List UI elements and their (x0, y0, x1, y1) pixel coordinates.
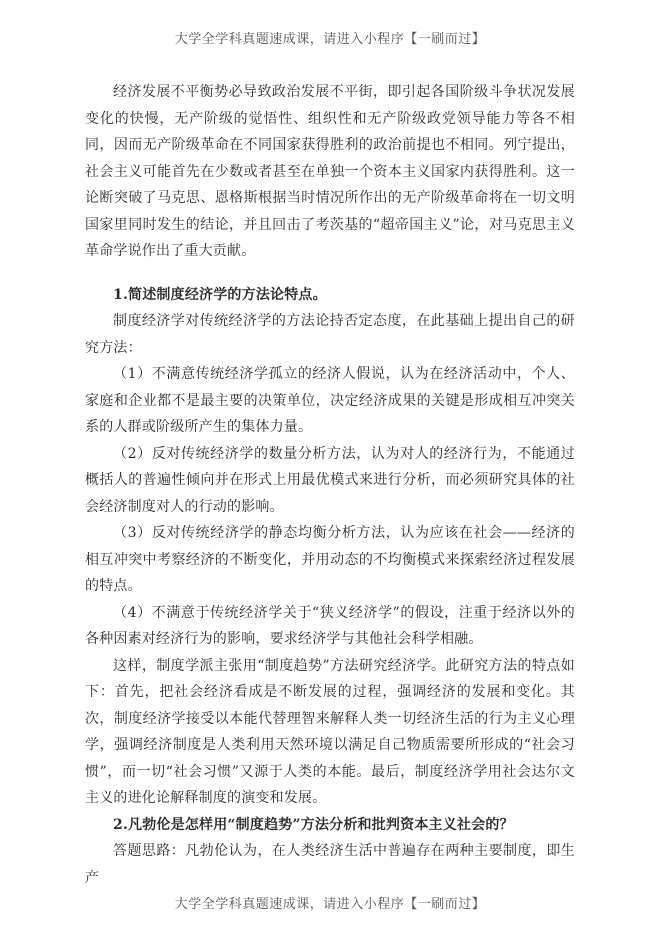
question-1-heading: 1.简述制度经济学的方法论特点。 (85, 282, 575, 309)
paragraph-lenin-theory: 经济发展不平衡势必导致政治发展不平街，即引起各国阶级斗争状况发展变化的快慢，无产… (85, 79, 575, 265)
paragraph-answer-idea: 答题思路：凡勃伦认为，在人类经济生活中普遍存在两种主要制度，即生产 (85, 838, 575, 891)
paragraph-point-4: （4）不满意于传统经济学关于“狭义经济学”的假设，注重于经济以外的各种因素对经济… (85, 600, 575, 653)
paragraph-point-1: （1）不满意传统经济学孤立的经济人假说，认为在经济活动中，个人、家庭和企业都不是… (85, 361, 575, 441)
paragraph-intro-methods: 制度经济学对传统经济学的方法论持否定态度，在此基础上提出自己的研究方法： (85, 308, 575, 361)
header-promo-note: 大学全学科真题速成课，请进入小程序【一刷而过】 (0, 28, 660, 47)
paragraph-point-2: （2）反对传统经济学的数量分析方法，认为对人的经济行为，不能通过概括人的普遍性倾… (85, 441, 575, 521)
paragraph-point-3: （3）反对传统经济学的静态均衡分析方法，认为应该在社会——经济的相互冲突中考察经… (85, 520, 575, 600)
question-2-heading: 2.凡勃伦是怎样用“制度趋势”方法分析和批判资本主义社会的？ (85, 812, 575, 839)
paragraph-institutional-trend: 这样，制度学派主张用“制度趋势”方法研究经济学。此研究方法的特点如下：首先，把社… (85, 653, 575, 812)
document-page: 大学全学科真题速成课，请进入小程序【一刷而过】 经济发展不平衡势必导致政治发展不… (0, 0, 660, 934)
footer-promo-note: 大学全学科真题速成课，请进入小程序【一刷而过】 (0, 893, 660, 912)
document-body: 经济发展不平衡势必导致政治发展不平街，即引起各国阶级斗争状况发展变化的快慢，无产… (85, 79, 575, 891)
